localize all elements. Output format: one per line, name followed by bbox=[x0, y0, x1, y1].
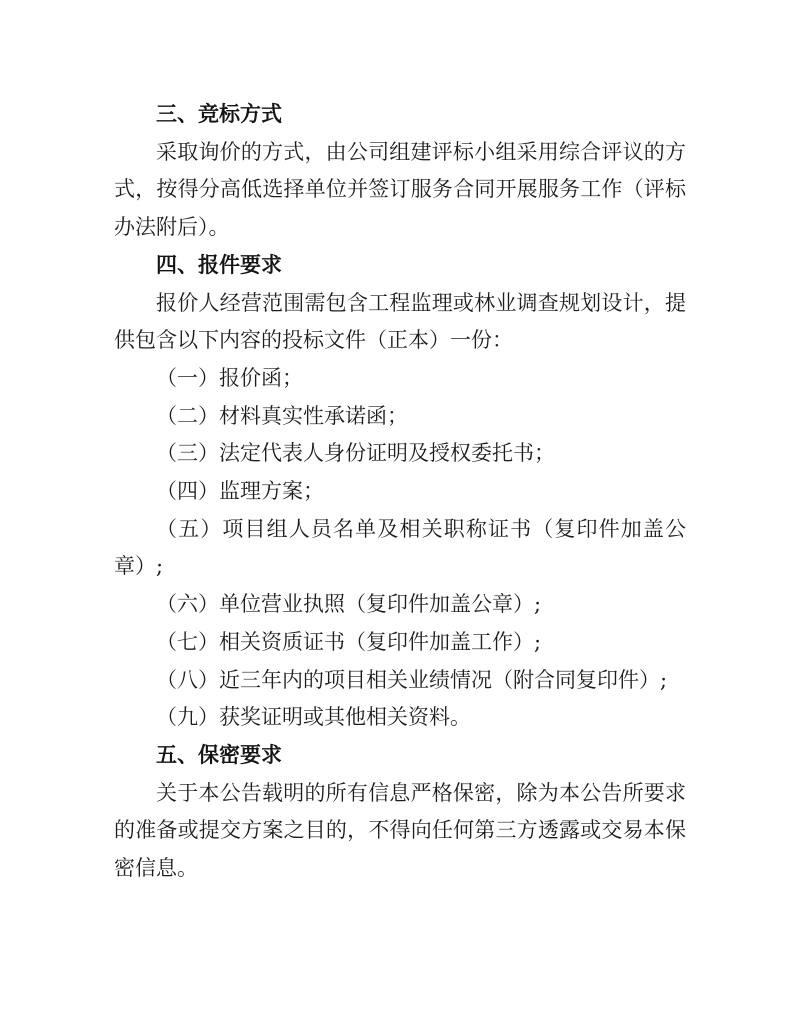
heading-submission-requirements: 四、报件要求 bbox=[114, 247, 686, 285]
list-item-1-quotation-letter: （一）报价函； bbox=[114, 360, 686, 398]
heading-bidding-method: 三、竞标方式 bbox=[114, 96, 686, 134]
list-item-3-legal-representative-id: （三）法定代表人身份证明及授权委托书； bbox=[114, 435, 686, 473]
list-item-4-supervision-plan: （四）监理方案； bbox=[114, 473, 686, 511]
list-item-9-awards-other-materials: （九）获奖证明或其他相关资料。 bbox=[114, 699, 686, 737]
paragraph-confidentiality: 关于本公告载明的所有信息严格保密，除为本公告所要求的准备或提交方案之目的，不得向… bbox=[114, 775, 686, 888]
list-item-8-past-performance: （八）近三年内的项目相关业绩情况（附合同复印件）; bbox=[114, 662, 686, 700]
heading-confidentiality: 五、保密要求 bbox=[114, 737, 686, 775]
paragraph-bidding-method: 采取询价的方式，由公司组建评标小组采用综合评议的方式，按得分高低选择单位并签订服… bbox=[114, 134, 686, 247]
paragraph-submission-requirements: 报价人经营范围需包含工程监理或林业调查规划设计，提供包含以下内容的投标文件（正本… bbox=[114, 285, 686, 360]
document-content: 三、竞标方式 采取询价的方式，由公司组建评标小组采用综合评议的方式，按得分高低选… bbox=[114, 96, 686, 888]
list-item-7-qualification-certificates: （七）相关资质证书（复印件加盖工作）; bbox=[114, 624, 686, 662]
list-item-5-project-team-roster: （五）项目组人员名单及相关职称证书（复印件加盖公章）; bbox=[114, 511, 686, 586]
list-item-6-business-license: （六）单位营业执照（复印件加盖公章）; bbox=[114, 586, 686, 624]
list-item-2-authenticity-commitment: （二）材料真实性承诺函； bbox=[114, 398, 686, 436]
document-page: 三、竞标方式 采取询价的方式，由公司组建评标小组采用综合评议的方式，按得分高低选… bbox=[0, 0, 800, 1035]
